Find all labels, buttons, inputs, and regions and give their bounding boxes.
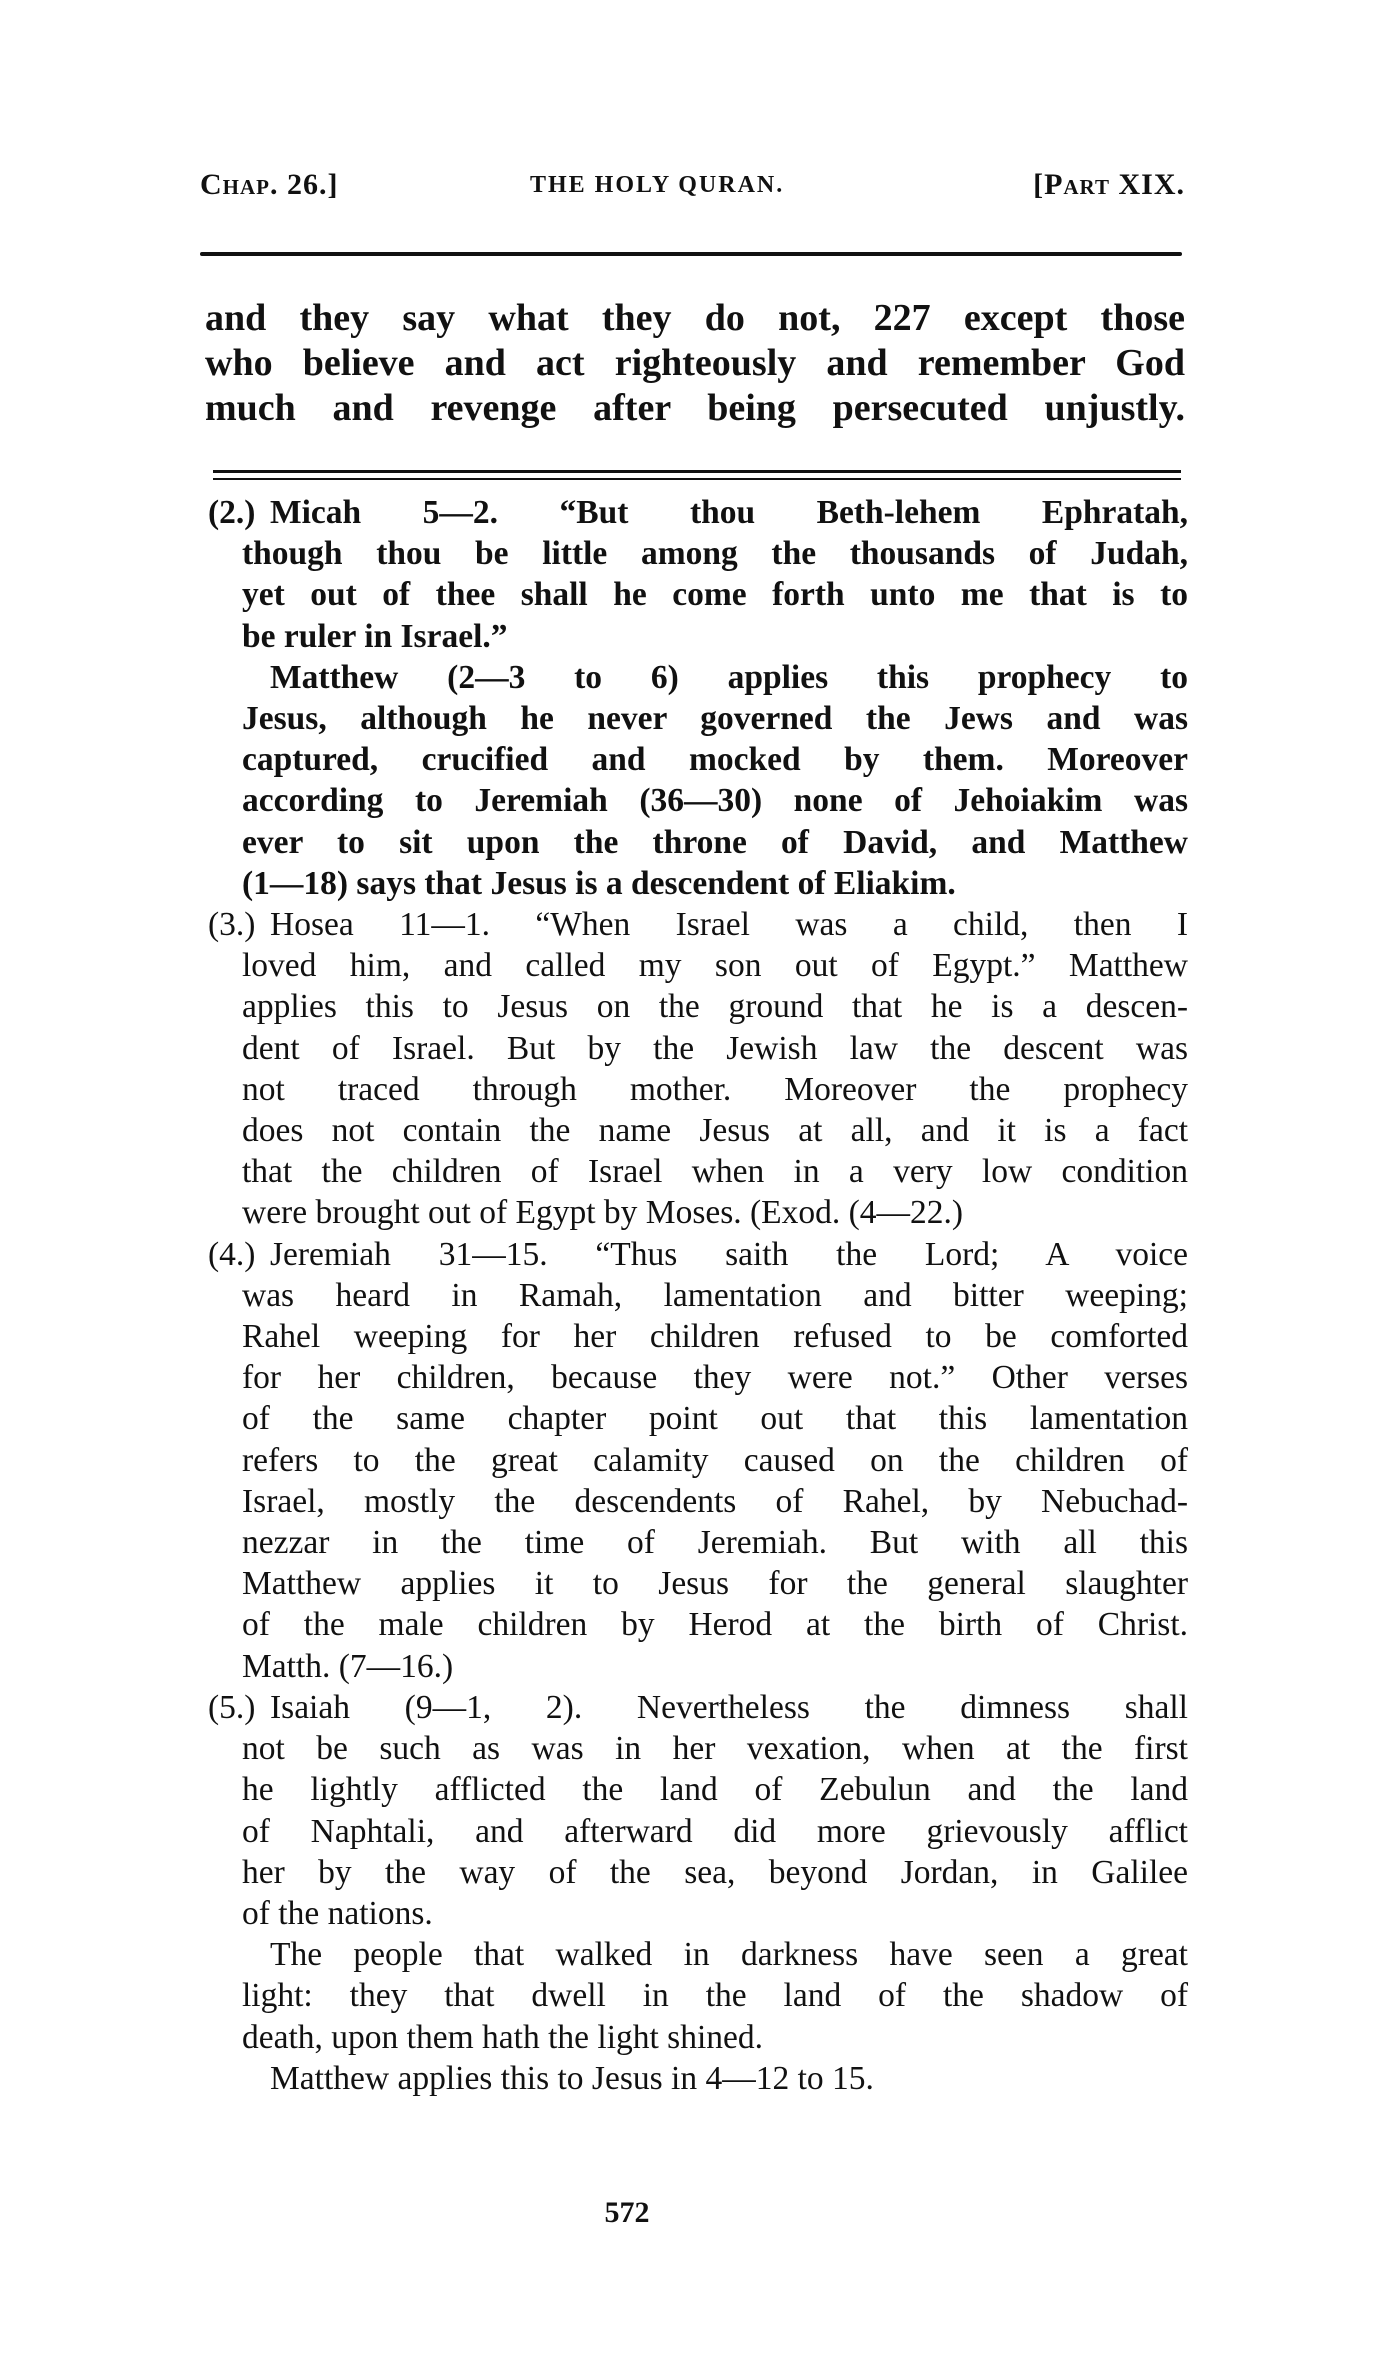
footnote-number: (4.) — [208, 1234, 270, 1275]
book-page: Chap. 26.] THE HOLY QURAN. [Part XIX. an… — [0, 0, 1400, 2360]
footnote-4: (4.)Jeremiah 31—15. “Thus saith the Lord… — [208, 1234, 1188, 1687]
footnote-line: ever to sit upon the throne of David, an… — [208, 822, 1188, 863]
footnote-number: (5.) — [208, 1687, 270, 1728]
text-line: much and revenge after being persecuted … — [205, 386, 1185, 431]
footnote-number: (3.) — [208, 904, 270, 945]
footnote-line: light: they that dwell in the land of th… — [208, 1975, 1188, 2016]
footnote-line: refers to the great calamity caused on t… — [208, 1440, 1188, 1481]
footnote-line: of Naphtali, and afterward did more grie… — [208, 1811, 1188, 1852]
footnote-line: though thou be little among the thousand… — [208, 533, 1188, 574]
footnote-line: he lightly afflicted the land of Zebulun… — [208, 1769, 1188, 1810]
footnote-line: were brought out of Egypt by Moses. (Exo… — [208, 1192, 1188, 1233]
footnote-line: not traced through mother. Moreover the … — [208, 1069, 1188, 1110]
footnote-5: (5.)Isaiah (9—1, 2). Nevertheless the di… — [208, 1687, 1188, 2099]
footnote-line: that the children of Israel when in a ve… — [208, 1151, 1188, 1192]
footnote-separator-rule — [213, 470, 1181, 480]
footnote-line: yet out of thee shall he come forth unto… — [208, 574, 1188, 615]
footnote-line: Matthew applies this to Jesus in 4—12 to… — [208, 2058, 1188, 2099]
footnotes: (2.)Micah 5—2. “But thou Beth-lehem Ephr… — [208, 492, 1188, 2099]
footnote-line: Matthew applies it to Jesus for the gene… — [208, 1563, 1188, 1604]
footnote-line: was heard in Ramah, lamentation and bitt… — [208, 1275, 1188, 1316]
footnote-line: her by the way of the sea, beyond Jordan… — [208, 1852, 1188, 1893]
book-title: THE HOLY QURAN. — [530, 172, 784, 199]
part-label: [Part XIX. — [1033, 168, 1185, 202]
footnote-line: of the same chapter point out that this … — [208, 1398, 1188, 1439]
footnote-line: according to Jeremiah (36—30) none of Je… — [208, 780, 1188, 821]
running-head: Chap. 26.] THE HOLY QURAN. [Part XIX. — [200, 168, 1185, 212]
footnote-line: Matth. (7—16.) — [208, 1646, 1188, 1687]
footnote-line: captured, crucified and mocked by them. … — [208, 739, 1188, 780]
footnote-line: nezzar in the time of Jeremiah. But with… — [208, 1522, 1188, 1563]
footnote-line: dent of Israel. But by the Jewish law th… — [208, 1028, 1188, 1069]
footnote-line: loved him, and called my son out of Egyp… — [208, 945, 1188, 986]
header-rule — [200, 252, 1182, 256]
footnote-line: of the nations. — [208, 1893, 1188, 1934]
footnote-line: The people that walked in darkness have … — [208, 1934, 1188, 1975]
text-line: who believe and act righteously and reme… — [205, 341, 1185, 386]
footnote-line: of the male children by Herod at the bir… — [208, 1604, 1188, 1645]
footnote-line: for her children, because they were not.… — [208, 1357, 1188, 1398]
page-number: 572 — [592, 2196, 662, 2230]
footnote-line: Israel, mostly the descendents of Rahel,… — [208, 1481, 1188, 1522]
footnote-line: (5.)Isaiah (9—1, 2). Nevertheless the di… — [208, 1687, 1188, 1728]
footnote-line: (1—18) says that Jesus is a descendent o… — [208, 863, 1188, 904]
footnote-3: (3.)Hosea 11—1. “When Israel was a child… — [208, 904, 1188, 1234]
footnote-line: (3.)Hosea 11—1. “When Israel was a child… — [208, 904, 1188, 945]
footnote-line: Rahel weeping for her children refused t… — [208, 1316, 1188, 1357]
footnote-line: (4.)Jeremiah 31—15. “Thus saith the Lord… — [208, 1234, 1188, 1275]
footnote-line: be ruler in Israel.” — [208, 616, 1188, 657]
footnote-line: not be such as was in her vexation, when… — [208, 1728, 1188, 1769]
chapter-label: Chap. 26.] — [200, 168, 338, 202]
footnote-2: (2.)Micah 5—2. “But thou Beth-lehem Ephr… — [208, 492, 1188, 904]
footnote-line: death, upon them hath the light shined. — [208, 2017, 1188, 2058]
footnote-line: applies this to Jesus on the ground that… — [208, 986, 1188, 1027]
footnote-number: (2.) — [208, 492, 270, 533]
main-text: and they say what they do not, 227 excep… — [205, 296, 1185, 431]
footnote-line: Matthew (2—3 to 6) applies this prophecy… — [208, 657, 1188, 698]
footnote-line: does not contain the name Jesus at all, … — [208, 1110, 1188, 1151]
text-line: and they say what they do not, 227 excep… — [205, 296, 1185, 341]
footnote-line: Jesus, although he never governed the Je… — [208, 698, 1188, 739]
footnote-line: (2.)Micah 5—2. “But thou Beth-lehem Ephr… — [208, 492, 1188, 533]
